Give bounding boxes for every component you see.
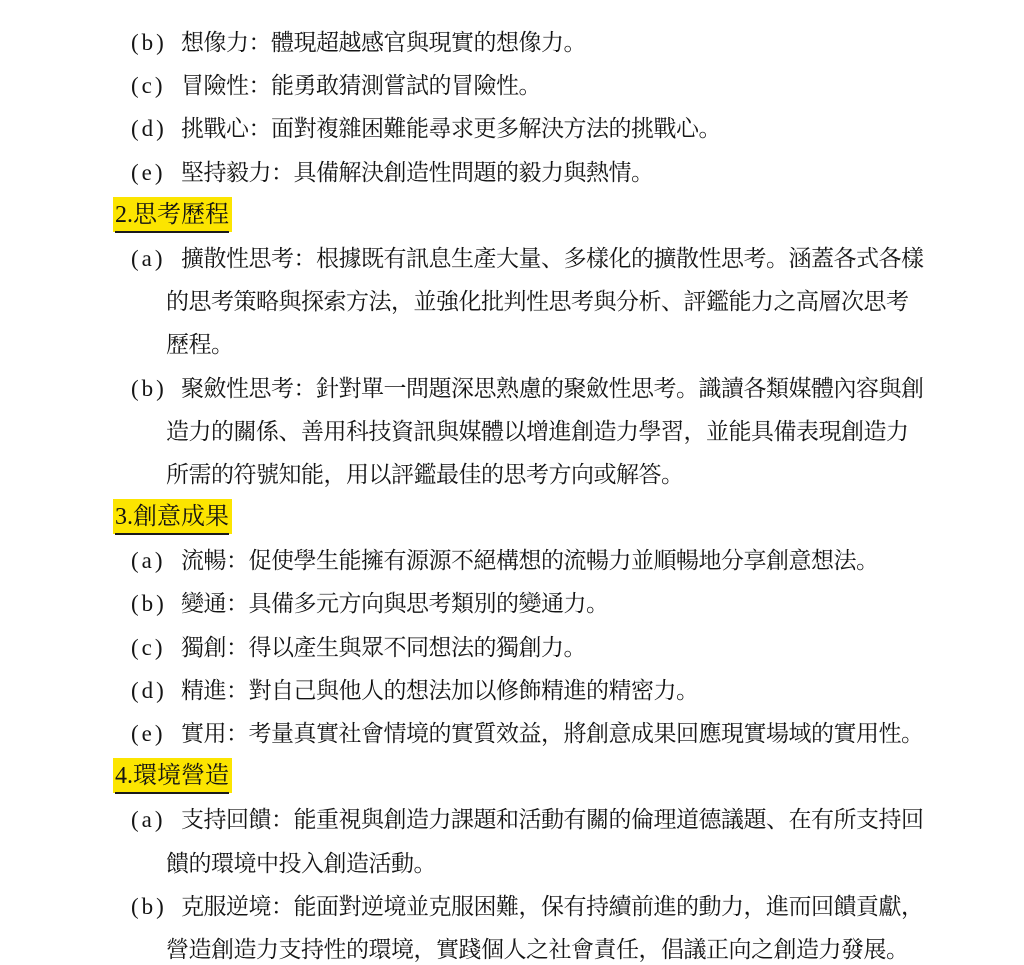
list-item: (e)實用：考量真實社會情境的實質效益，將創意成果回應現實場域的實用性。 [0, 712, 1024, 755]
list-item-text: 冒險性：能勇敢猜測嘗試的冒險性。 [181, 73, 541, 98]
document-page: (b)想像力：體現超越感官與現實的想像力。 (c)冒險性：能勇敢猜測嘗試的冒險性… [0, 0, 1024, 965]
list-item-text: 變通：具備多元方向與思考類別的變通力。 [181, 591, 609, 616]
heading-text: 2.思考歷程 [115, 202, 229, 233]
list-item-marker: (d) [131, 107, 181, 150]
list-item-marker: (b) [131, 21, 181, 64]
list-item-marker: (b) [131, 582, 181, 625]
list-item-text: 想像力：體現超越感官與現實的想像力。 [181, 30, 586, 55]
list-item: (b)變通：具備多元方向與思考類別的變通力。 [0, 582, 1024, 625]
continuation-line: 的思考策略與探索方法，並強化批判性思考與分析、評鑑能力之高層次思考 [0, 280, 1024, 323]
section-heading: 4.環境營造 [0, 755, 1024, 798]
continuation-text: 所需的符號知能，用以評鑑最佳的思考方向或解答。 [166, 462, 684, 487]
list-item: (d)精進：對自己與他人的想法加以修飾精進的精密力。 [0, 669, 1024, 712]
list-item-marker: (b) [131, 885, 181, 928]
continuation-line: 造力的關係、善用科技資訊與媒體以增進創造力學習，並能具備表現創造力 [0, 410, 1024, 453]
continuation-text: 的思考策略與探索方法，並強化批判性思考與分析、評鑑能力之高層次思考 [166, 289, 909, 314]
list-item: (d)挑戰心：面對複雜困難能尋求更多解決方法的挑戰心。 [0, 107, 1024, 150]
heading-text: 4.環境營造 [115, 763, 229, 794]
list-item: (c)冒險性：能勇敢猜測嘗試的冒險性。 [0, 64, 1024, 107]
list-item-marker: (c) [131, 64, 181, 107]
list-item: (a)支持回饋：能重視與創造力課題和活動有關的倫理道德議題、在有所支持回 [0, 798, 1024, 841]
list-item-marker: (d) [131, 669, 181, 712]
list-item-text: 挑戰心：面對複雜困難能尋求更多解決方法的挑戰心。 [181, 116, 721, 141]
continuation-text: 饋的環境中投入創造活動。 [166, 851, 436, 876]
list-item-text: 實用：考量真實社會情境的實質效益，將創意成果回應現實場域的實用性。 [181, 721, 924, 746]
heading-highlight: 4.環境營造 [113, 758, 232, 793]
list-item: (e)堅持毅力：具備解決創造性問題的毅力與熱情。 [0, 151, 1024, 194]
list-item: (c)獨創：得以產生與眾不同想法的獨創力。 [0, 626, 1024, 669]
list-item-text: 克服逆境：能面對逆境並克服困難，保有持續前進的動力，進而回饋貢獻， [181, 894, 924, 919]
section-heading: 3.創意成果 [0, 496, 1024, 539]
heading-highlight: 3.創意成果 [113, 499, 232, 534]
list-item-text: 堅持毅力：具備解決創造性問題的毅力與熱情。 [181, 160, 654, 185]
list-item-marker: (c) [131, 626, 181, 669]
list-item: (a)擴散性思考：根據既有訊息生產大量、多樣化的擴散性思考。涵蓋各式各樣 [0, 237, 1024, 280]
list-item-marker: (e) [131, 712, 181, 755]
list-item-text: 精進：對自己與他人的想法加以修飾精進的精密力。 [181, 678, 699, 703]
continuation-text: 營造創造力支持性的環境，實踐個人之社會責任，倡議正向之創造力發展。 [166, 937, 909, 962]
list-item-text: 擴散性思考：根據既有訊息生產大量、多樣化的擴散性思考。涵蓋各式各樣 [181, 246, 924, 271]
list-item-text: 流暢：促使學生能擁有源源不絕構想的流暢力並順暢地分享創意想法。 [181, 548, 879, 573]
continuation-line: 歷程。 [0, 323, 1024, 366]
list-item-marker: (e) [131, 151, 181, 194]
list-item: (b)聚斂性思考：針對單一問題深思熟慮的聚斂性思考。識讀各類媒體內容與創 [0, 367, 1024, 410]
list-item-marker: (a) [131, 237, 181, 280]
continuation-text: 造力的關係、善用科技資訊與媒體以增進創造力學習，並能具備表現創造力 [166, 419, 909, 444]
heading-highlight: 2.思考歷程 [113, 197, 232, 232]
section-heading: 2.思考歷程 [0, 194, 1024, 237]
list-item-text: 支持回饋：能重視與創造力課題和活動有關的倫理道德議題、在有所支持回 [181, 807, 924, 832]
heading-text: 3.創意成果 [115, 504, 229, 535]
list-item-marker: (b) [131, 367, 181, 410]
continuation-line: 饋的環境中投入創造活動。 [0, 842, 1024, 885]
list-item-marker: (a) [131, 539, 181, 582]
list-item: (b)想像力：體現超越感官與現實的想像力。 [0, 21, 1024, 64]
continuation-line: 營造創造力支持性的環境，實踐個人之社會責任，倡議正向之創造力發展。 [0, 928, 1024, 965]
continuation-line: 所需的符號知能，用以評鑑最佳的思考方向或解答。 [0, 453, 1024, 496]
list-item: (a)流暢：促使學生能擁有源源不絕構想的流暢力並順暢地分享創意想法。 [0, 539, 1024, 582]
continuation-text: 歷程。 [166, 332, 234, 357]
list-item-text: 獨創：得以產生與眾不同想法的獨創力。 [181, 635, 586, 660]
list-item-marker: (a) [131, 798, 181, 841]
list-item-text: 聚斂性思考：針對單一問題深思熟慮的聚斂性思考。識讀各類媒體內容與創 [181, 376, 924, 401]
list-item: (b)克服逆境：能面對逆境並克服困難，保有持續前進的動力，進而回饋貢獻， [0, 885, 1024, 928]
